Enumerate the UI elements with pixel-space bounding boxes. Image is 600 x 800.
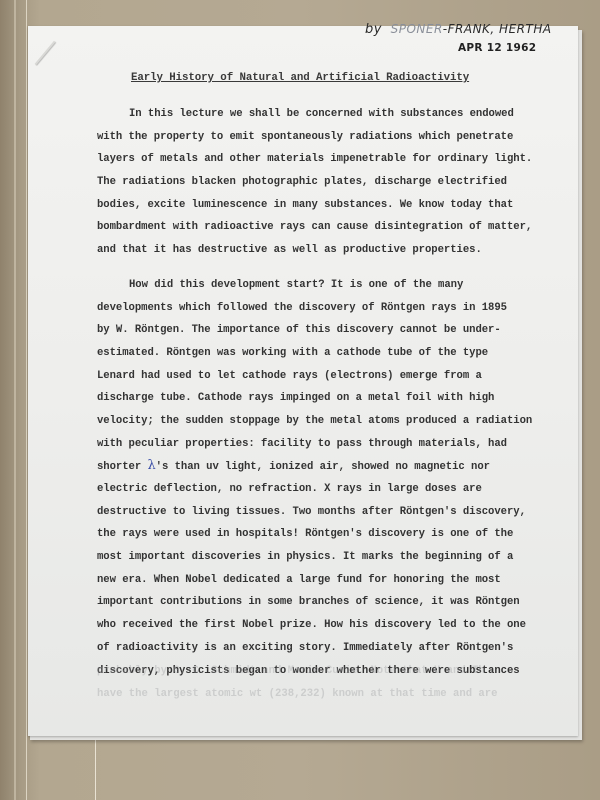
text-line: of radioactivity is an exciting story. I… bbox=[97, 637, 547, 660]
paragraph-2: How did this development start? It is on… bbox=[97, 274, 547, 682]
text-fragment: 's than uv light, ionized air, showed no… bbox=[156, 461, 490, 473]
text-line: velocity; the sudden stoppage by the met… bbox=[97, 410, 547, 433]
text-line: electric deflection, no refraction. X ra… bbox=[97, 478, 547, 501]
text-line: with the property to emit spontaneously … bbox=[97, 126, 547, 149]
text-line: and that it has destructive as well as p… bbox=[97, 239, 547, 262]
paragraph-1: In this lecture we shall be concerned wi… bbox=[97, 103, 547, 262]
text-line: important contributions in some branches… bbox=[97, 591, 547, 614]
annotation-name-ink: -FRANK, HERTHA bbox=[443, 22, 552, 36]
text-line: who received the first Nobel prize. How … bbox=[97, 614, 547, 637]
text-line-with-symbol: shorter λ's than uv light, ionized air, … bbox=[97, 455, 547, 478]
text-line: layers of metals and other materials imp… bbox=[97, 148, 547, 171]
text-line: most important discoveries in physics. I… bbox=[97, 546, 547, 569]
table-seam bbox=[95, 740, 96, 800]
text-line: by W. Röntgen. The importance of this di… bbox=[97, 319, 547, 342]
handwritten-lambda-symbol: λ bbox=[147, 458, 155, 473]
document-title: Early History of Natural and Artificial … bbox=[131, 72, 469, 84]
text-line: The radiations blacken photographic plat… bbox=[97, 171, 547, 194]
text-line: bodies, excite luminescence in many subs… bbox=[97, 194, 547, 217]
text-line: discharge tube. Cathode rays impinged on… bbox=[97, 387, 547, 410]
folder-edge-highlight bbox=[26, 0, 27, 800]
text-line: new era. When Nobel dedicated a large fu… bbox=[97, 569, 547, 592]
text-line: destructive to living tissues. Two month… bbox=[97, 501, 547, 524]
text-fragment: shorter bbox=[97, 461, 147, 473]
text-line: with peculiar properties: facility to pa… bbox=[97, 433, 547, 456]
bleed-through-line: have the largest atomic wt (238,232) kno… bbox=[97, 683, 547, 706]
text-line: bombardment with radioactive rays can ca… bbox=[97, 216, 547, 239]
text-line: How did this development start? It is on… bbox=[97, 274, 547, 297]
date-stamp: APR 12 1962 bbox=[458, 42, 536, 54]
text-line: In this lecture we shall be concerned wi… bbox=[97, 103, 547, 126]
bleed-through-line: probably by G. C. Schmidt and Marie Curi… bbox=[97, 660, 547, 683]
folder-edge bbox=[14, 0, 16, 800]
text-line: estimated. Röntgen was working with a ca… bbox=[97, 342, 547, 365]
handwritten-author-annotation: by SPONER-FRANK, HERTHA bbox=[365, 22, 585, 37]
text-line: developments which followed the discover… bbox=[97, 297, 547, 320]
text-line: Lenard had used to let cathode rays (ele… bbox=[97, 365, 547, 388]
text-line: the rays were used in hospitals! Röntgen… bbox=[97, 523, 547, 546]
annotation-name-pencil: SPONER bbox=[391, 22, 443, 36]
annotation-by: by bbox=[365, 22, 382, 37]
document-body: In this lecture we shall be concerned wi… bbox=[97, 103, 547, 682]
